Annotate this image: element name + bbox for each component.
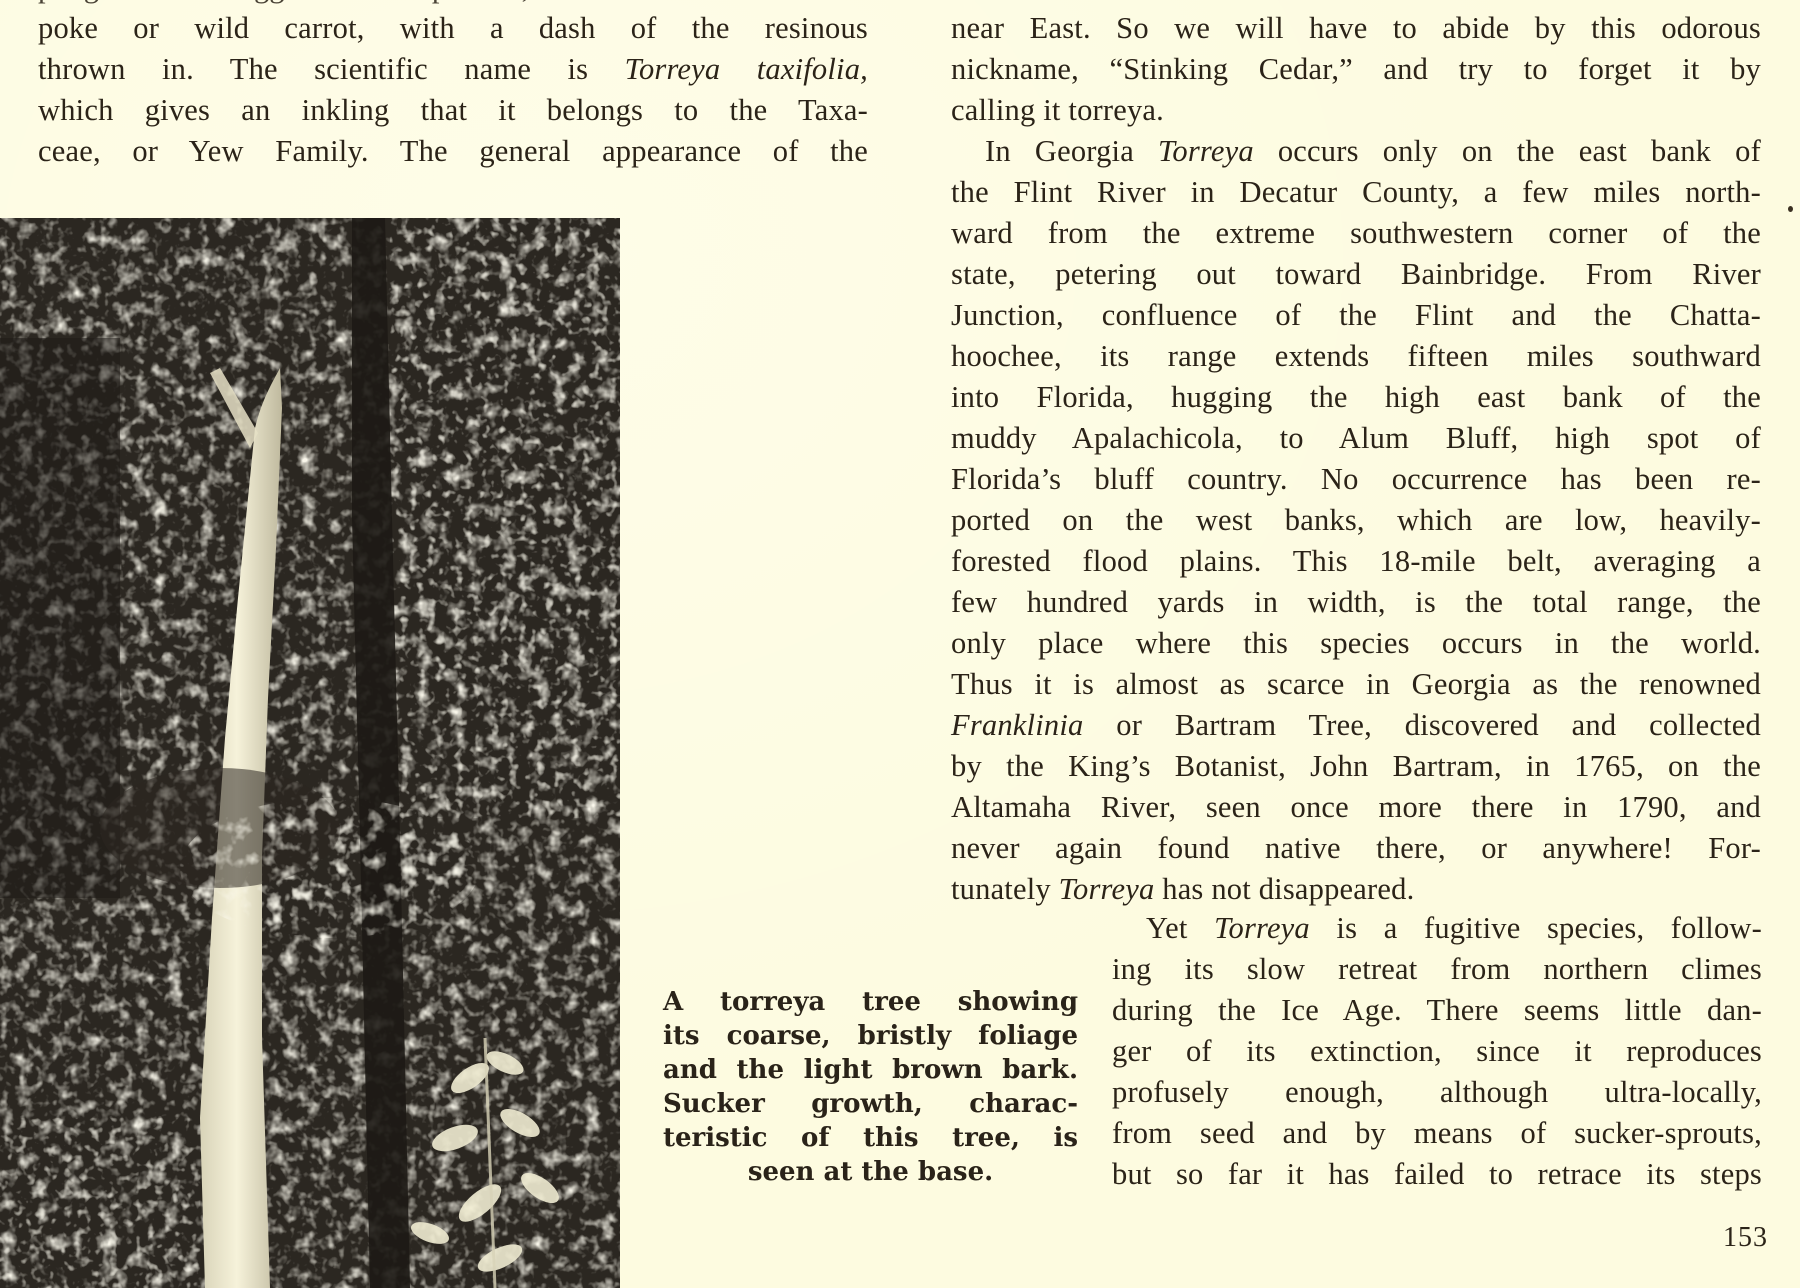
print-speck (1788, 206, 1793, 212)
italic-term: Torreya (1214, 911, 1310, 945)
caption-line: A torreya tree showing (663, 985, 1078, 1019)
italic-term: Torreya (1158, 134, 1254, 168)
paragraph-start: In Georgia Torreya occurs only on the ea… (951, 131, 1761, 172)
text-line: ing its slow retreat from northern clime… (1112, 949, 1762, 990)
text-line: never again found native there, or anywh… (951, 828, 1761, 869)
caption-line: and the light brown bark. (663, 1053, 1078, 1087)
text-line: ger of its extinction, since it reproduc… (1112, 1031, 1762, 1072)
scientific-name: Torreya taxifolia, (625, 52, 868, 86)
paragraph-start: Yet Torreya is a fugitive species, follo… (1112, 908, 1762, 949)
text-line: Franklinia or Bartram Tree, discovered a… (951, 705, 1761, 746)
cut-off-text-line: pungent with a suggestion of turpentine,… (38, 0, 868, 8)
page-number: 153 (1723, 1222, 1768, 1254)
caption-line: seen at the base. (663, 1155, 1078, 1189)
text-line: from seed and by means of sucker-sprouts… (1112, 1113, 1762, 1154)
text-line: but so far it has failed to retrace its … (1112, 1154, 1762, 1195)
text-line: state, petering out toward Bainbridge. F… (951, 254, 1761, 295)
text-line: near East. So we will have to abide by t… (951, 8, 1761, 49)
text-line: ported on the west banks, which are low,… (951, 500, 1761, 541)
photo-caption: A torreya tree showing its coarse, brist… (663, 985, 1078, 1189)
italic-term: Torreya (1059, 872, 1155, 906)
text-line: thrown in. The scientific name is Torrey… (38, 49, 868, 90)
text-line: during the Ice Age. There seems little d… (1112, 990, 1762, 1031)
caption-line: its coarse, bristly foliage (663, 1019, 1078, 1053)
text-line: forested flood plains. This 18-mile belt… (951, 541, 1761, 582)
text-line: which gives an inkling that it belongs t… (38, 90, 868, 131)
text-line: tunately Torreya has not disappeared. (951, 869, 1761, 910)
text-line: profusely enough, although ultra-locally… (1112, 1072, 1762, 1113)
text-line: nickname, “Stinking Cedar,” and try to f… (951, 49, 1761, 90)
text-line: only place where this species occurs in … (951, 623, 1761, 664)
right-column-bottom-text: Yet Torreya is a fugitive species, follo… (1112, 908, 1762, 1195)
magazine-page: pungent with a suggestion of turpentine,… (0, 0, 1800, 1288)
text-line: ceae, or Yew Family. The general appeara… (38, 131, 868, 172)
text-line: muddy Apalachicola, to Alum Bluff, high … (951, 418, 1761, 459)
text-line: Junction, confluence of the Flint and th… (951, 295, 1761, 336)
text-line: Florida’s bluff country. No occurrence h… (951, 459, 1761, 500)
text-line: ward from the extreme southwestern corne… (951, 213, 1761, 254)
caption-line: Sucker growth, charac- (663, 1087, 1078, 1121)
text-line: calling it torreya. (951, 90, 1761, 131)
right-column-text: near East. So we will have to abide by t… (951, 8, 1761, 910)
text-line: into Florida, hugging the high east bank… (951, 377, 1761, 418)
torreya-tree-photo (0, 218, 620, 1288)
text-line: by the King’s Botanist, John Bartram, in… (951, 746, 1761, 787)
text-line: poke or wild carrot, with a dash of the … (38, 8, 868, 49)
text-line: hoochee, its range extends fifteen miles… (951, 336, 1761, 377)
text-line: the Flint River in Decatur County, a few… (951, 172, 1761, 213)
text-line: Altamaha River, seen once more there in … (951, 787, 1761, 828)
italic-term: Franklinia (951, 708, 1083, 742)
text-line: Thus it is almost as scarce in Georgia a… (951, 664, 1761, 705)
text-line: few hundred yards in width, is the total… (951, 582, 1761, 623)
left-column-text: poke or wild carrot, with a dash of the … (38, 8, 868, 172)
caption-line: teristic of this tree, is (663, 1121, 1078, 1155)
